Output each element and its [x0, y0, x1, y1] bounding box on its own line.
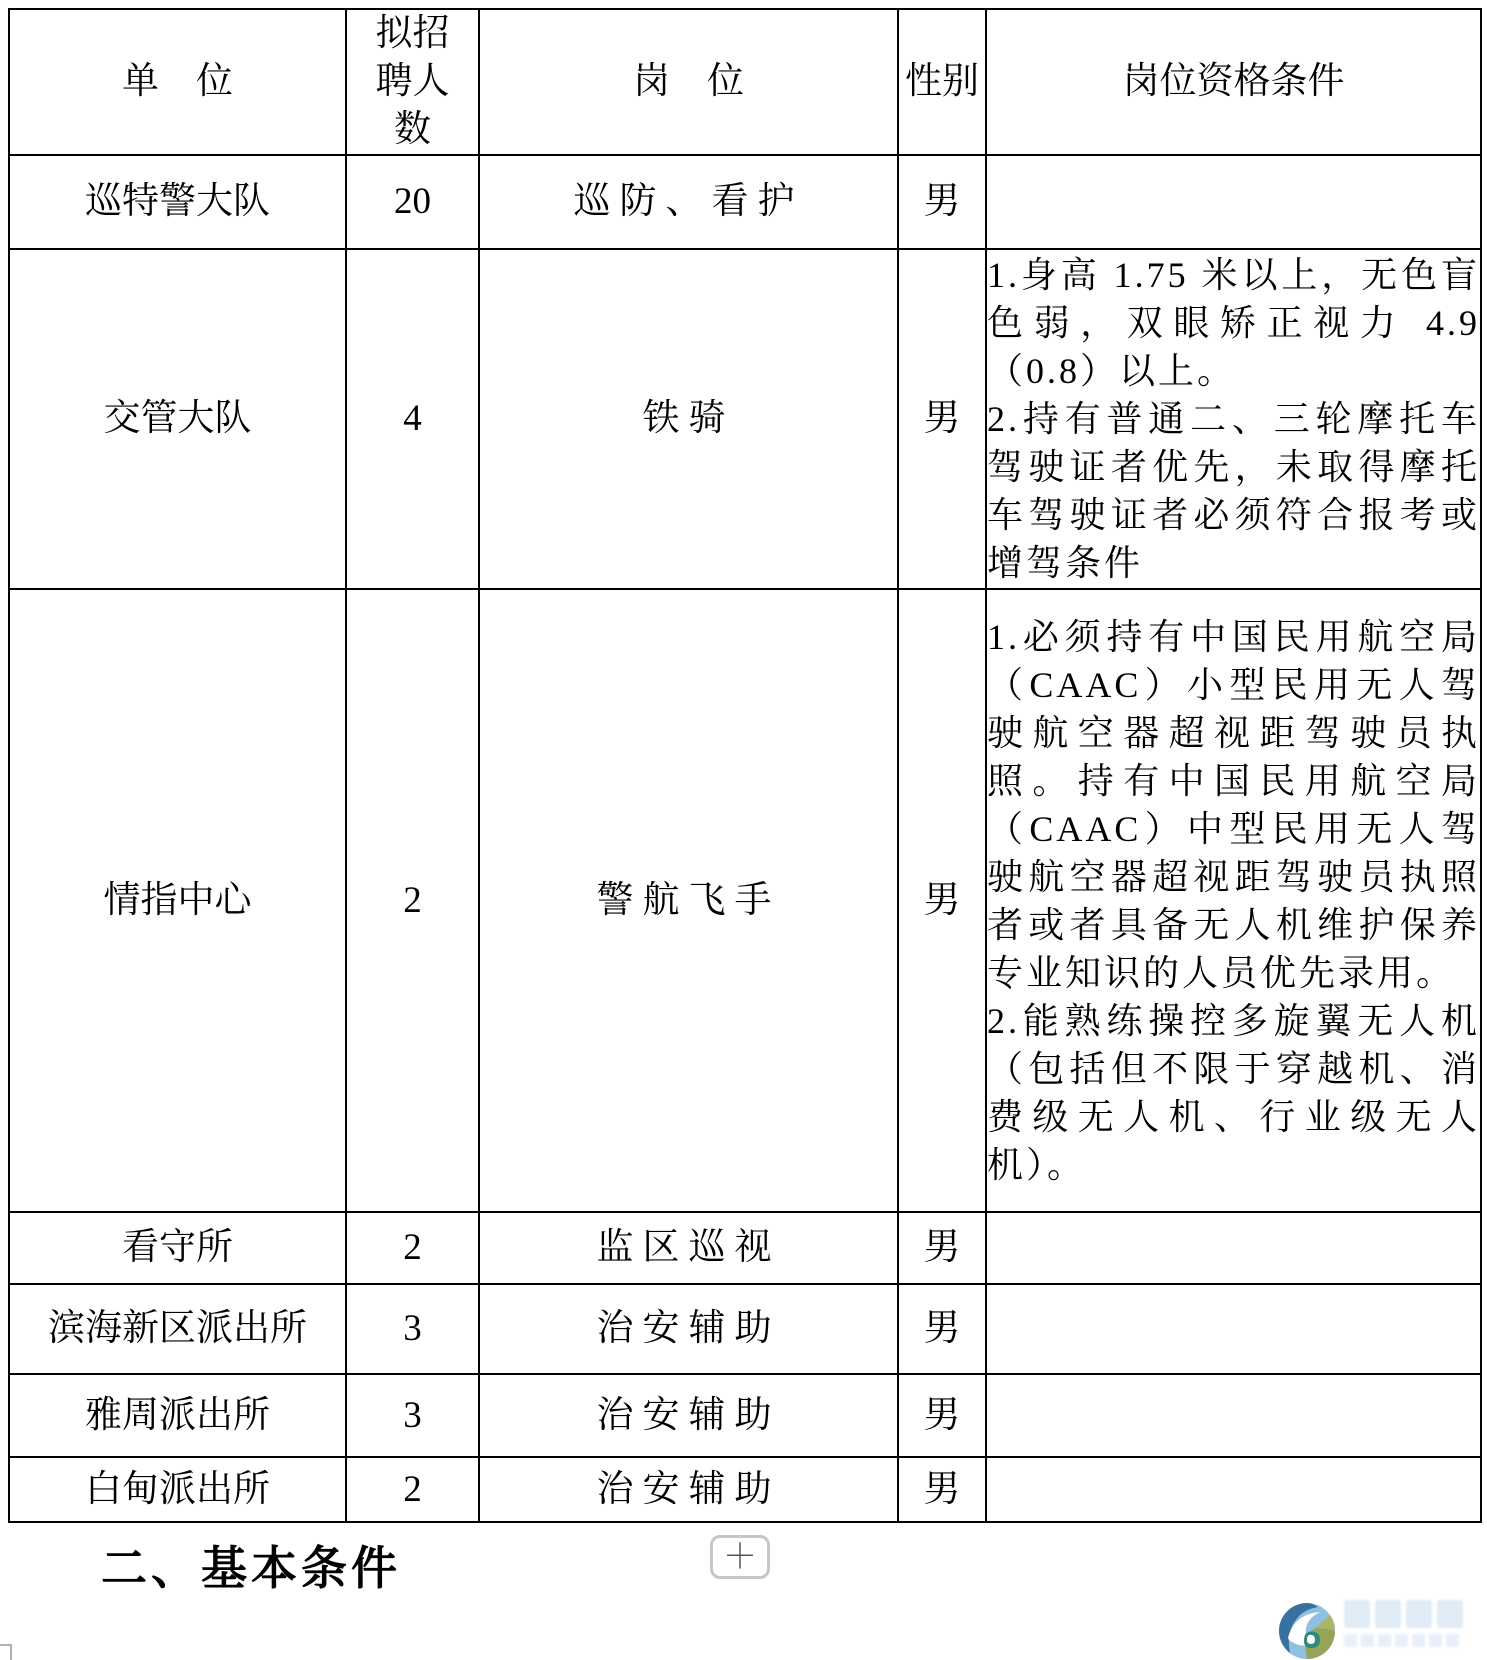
- table-row: 雅周派出所 3 治安辅助 男: [9, 1374, 1481, 1457]
- gender-cell: 男: [898, 1212, 986, 1284]
- post-cell: 治安辅助: [479, 1457, 898, 1522]
- gender-cell: 男: [898, 1457, 986, 1522]
- blue-green-swirl-logo-icon: [1278, 1602, 1336, 1660]
- table-row: 白甸派出所 2 治安辅助 男: [9, 1457, 1481, 1522]
- unit-cell: 情指中心: [9, 589, 346, 1212]
- count-cell: 3: [346, 1374, 479, 1457]
- watermark-text: [1344, 1598, 1484, 1647]
- qualification-item: 2.持有普通二、三轮摩托车驾驶证者优先，未取得摩托车驾驶证者必须符合报考或增驾条…: [987, 395, 1480, 587]
- count-cell: 2: [346, 1457, 479, 1522]
- table-row: 交管大队 4 铁骑 男 1.身高 1.75 米以上，无色盲色弱，双眼矫正视力 4…: [9, 249, 1481, 589]
- unit-cell: 看守所: [9, 1212, 346, 1284]
- header-cell-count: 拟招聘人数: [346, 9, 479, 155]
- gender-cell: 男: [898, 589, 986, 1212]
- count-cell: 4: [346, 249, 479, 589]
- qualification-cell: 1.必须持有中国民用航空局（CAAC）小型民用无人驾驶航空器超视距驾驶员执照。持…: [986, 589, 1481, 1212]
- plus-icon: ＋: [723, 1538, 757, 1576]
- count-cell: 3: [346, 1284, 479, 1374]
- unit-cell: 交管大队: [9, 249, 346, 589]
- qualification-item: 1.身高 1.75 米以上，无色盲色弱，双眼矫正视力 4.9（0.8）以上。: [987, 251, 1480, 395]
- header-cell-post: 岗 位: [479, 9, 898, 155]
- qualification-cell: 1.身高 1.75 米以上，无色盲色弱，双眼矫正视力 4.9（0.8）以上。 2…: [986, 249, 1481, 589]
- table-row: 滨海新区派出所 3 治安辅助 男: [9, 1284, 1481, 1374]
- post-cell: 警航飞手: [479, 589, 898, 1212]
- count-cell: 2: [346, 589, 479, 1212]
- post-cell: 治安辅助: [479, 1374, 898, 1457]
- header-cell-qualification: 岗位资格条件: [986, 9, 1481, 155]
- header-cell-count-label: 拟招聘人数: [373, 10, 453, 154]
- count-cell: 20: [346, 155, 479, 249]
- post-cell: 治安辅助: [479, 1284, 898, 1374]
- unit-cell: 雅周派出所: [9, 1374, 346, 1457]
- header-row: 单 位 拟招聘人数 岗 位 性别 岗位资格条件: [9, 9, 1481, 155]
- qualification-cell: [986, 1212, 1481, 1284]
- document-page: 单 位 拟招聘人数 岗 位 性别 岗位资格条件 巡特警大队 20 巡防、看护 男…: [0, 0, 1487, 1660]
- qualification-cell: [986, 155, 1481, 249]
- count-cell: 2: [346, 1212, 479, 1284]
- table-row: 情指中心 2 警航飞手 男 1.必须持有中国民用航空局（CAAC）小型民用无人驾…: [9, 589, 1481, 1212]
- table-corner-mark: [0, 1644, 12, 1660]
- gender-cell: 男: [898, 1284, 986, 1374]
- add-row-button[interactable]: ＋: [710, 1535, 770, 1579]
- unit-cell: 白甸派出所: [9, 1457, 346, 1522]
- post-cell: 巡防、看护: [479, 155, 898, 249]
- qualification-cell: [986, 1374, 1481, 1457]
- header-cell-gender: 性别: [898, 9, 986, 155]
- qualification-cell: [986, 1284, 1481, 1374]
- watermark: [1278, 1598, 1483, 1660]
- header-cell-unit: 单 位: [9, 9, 346, 155]
- gender-cell: 男: [898, 155, 986, 249]
- post-cell: 监区巡视: [479, 1212, 898, 1284]
- table-row: 看守所 2 监区巡视 男: [9, 1212, 1481, 1284]
- post-cell: 铁骑: [479, 249, 898, 589]
- section-heading: 二、基本条件: [101, 1532, 401, 1598]
- recruitment-table: 单 位 拟招聘人数 岗 位 性别 岗位资格条件 巡特警大队 20 巡防、看护 男…: [8, 8, 1482, 1523]
- qualification-cell: [986, 1457, 1481, 1522]
- gender-cell: 男: [898, 1374, 986, 1457]
- table-row: 巡特警大队 20 巡防、看护 男: [9, 155, 1481, 249]
- unit-cell: 巡特警大队: [9, 155, 346, 249]
- gender-cell: 男: [898, 249, 986, 589]
- unit-cell: 滨海新区派出所: [9, 1284, 346, 1374]
- qualification-item: 2.能熟练操控多旋翼无人机（包括但不限于穿越机、消费级无人机、行业级无人机）。: [987, 997, 1480, 1189]
- qualification-item: 1.必须持有中国民用航空局（CAAC）小型民用无人驾驶航空器超视距驾驶员执照。持…: [987, 613, 1480, 997]
